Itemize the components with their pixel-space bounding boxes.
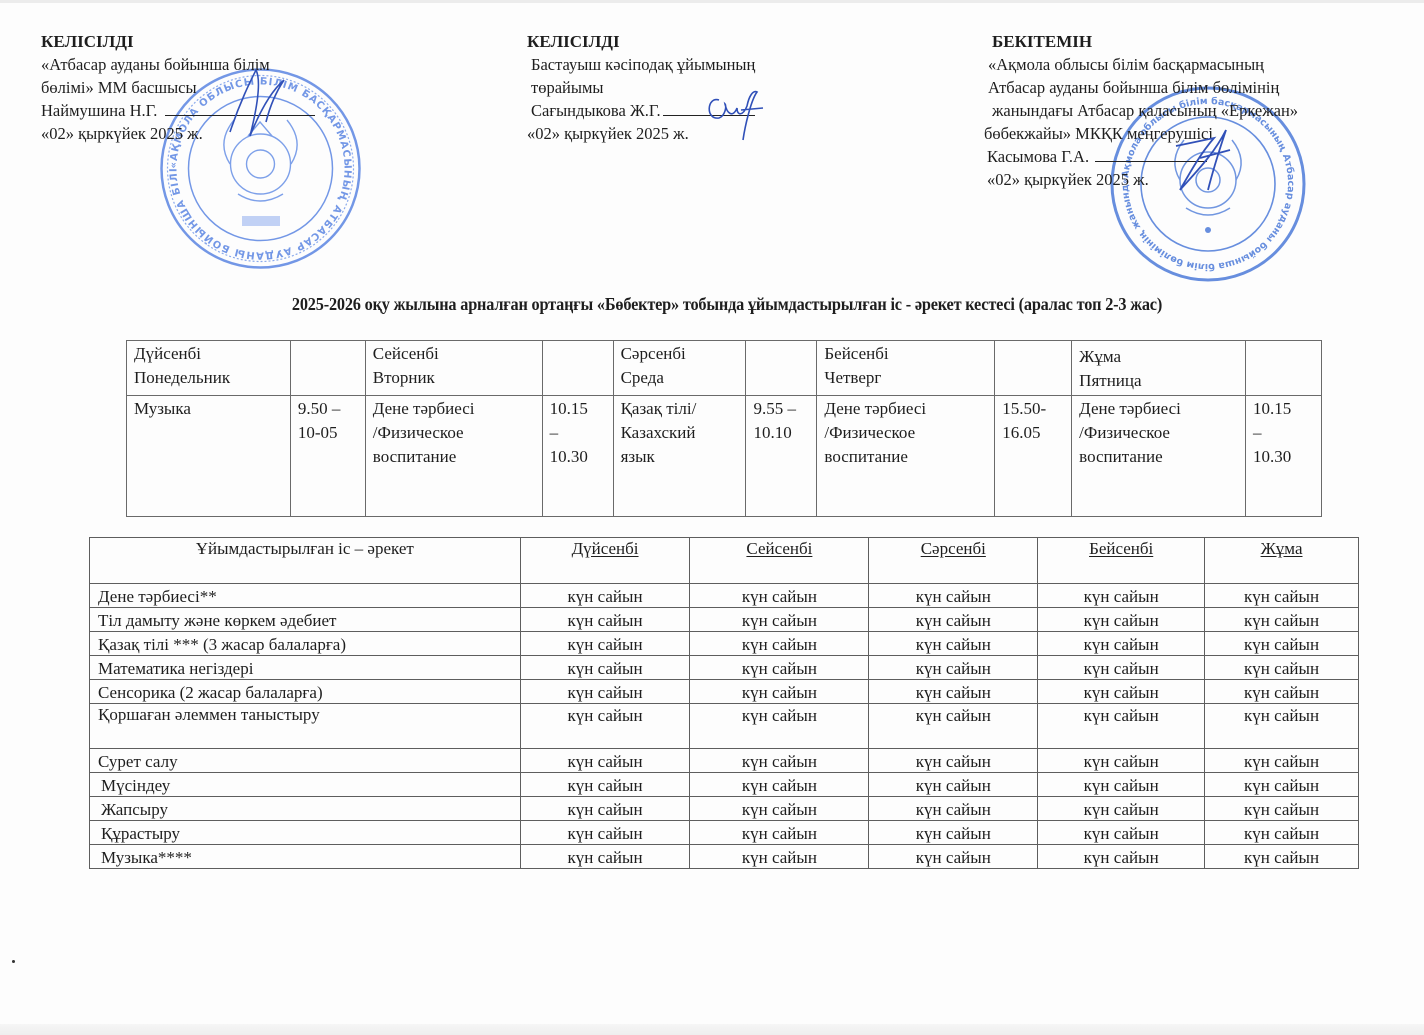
frequency-cell: күн сайын xyxy=(520,773,690,797)
frequency-cell: күн сайын xyxy=(520,656,690,680)
approval-date: «02» қыркүйек 2025 ж. xyxy=(984,168,1298,191)
frequency-cell: күн сайын xyxy=(1038,773,1205,797)
activity-wednesday: Қазақ тілі/Казахскийязык xyxy=(613,396,746,517)
column-header-thursday: Бейсенбі xyxy=(1038,538,1205,584)
signer-name: Наймушина Н.Г. xyxy=(41,101,157,120)
activity-name-cell: Қоршаған әлеммен таныстыру xyxy=(90,704,521,749)
frequency-cell: күн сайын xyxy=(690,821,869,845)
scan-bottom-edge xyxy=(0,1024,1424,1035)
frequency-cell: күн сайын xyxy=(690,749,869,773)
scan-top-edge xyxy=(0,0,1424,3)
frequency-cell: күн сайын xyxy=(869,632,1038,656)
column-header-activity: Ұйымдастырылған іс – әрекет xyxy=(90,538,521,584)
table-row: Тіл дамыту және көркем әдебиеткүн сайынк… xyxy=(90,608,1359,632)
frequency-cell: күн сайын xyxy=(520,584,690,608)
frequency-cell: күн сайын xyxy=(869,704,1038,749)
table-row: Музыка****күн сайынкүн сайынкүн сайынкүн… xyxy=(90,845,1359,869)
table-row: Мүсіндеукүн сайынкүн сайынкүн сайынкүн с… xyxy=(90,773,1359,797)
frequency-cell: күн сайын xyxy=(1038,608,1205,632)
frequency-cell: күн сайын xyxy=(1038,821,1205,845)
frequency-cell: күн сайын xyxy=(1038,749,1205,773)
frequency-cell: күн сайын xyxy=(1038,704,1205,749)
scan-dot xyxy=(12,960,15,963)
frequency-cell: күн сайын xyxy=(1038,656,1205,680)
document-title: 2025-2026 оқу жылына арналған ортаңғы «Б… xyxy=(51,294,1403,315)
frequency-cell: күн сайын xyxy=(1205,704,1359,749)
frequency-cell: күн сайын xyxy=(869,656,1038,680)
frequency-cell: күн сайын xyxy=(1205,608,1359,632)
frequency-cell: күн сайын xyxy=(1038,632,1205,656)
activity-monday: Музыка xyxy=(127,396,291,517)
activity-tuesday: Дене тәрбиесі/Физическоевоспитание xyxy=(365,396,542,517)
frequency-cell: күн сайын xyxy=(1205,821,1359,845)
time-wednesday: 9.55 –10.10 xyxy=(746,396,817,517)
signature-middle xyxy=(703,86,773,142)
frequency-cell: күн сайын xyxy=(1205,749,1359,773)
time-friday: 10.15–10.30 xyxy=(1246,396,1322,517)
frequency-cell: күн сайын xyxy=(1038,584,1205,608)
table-row: Дене тәрбиесі**күн сайынкүн сайынкүн сай… xyxy=(90,584,1359,608)
signer-name: Касымова Г.А. xyxy=(987,147,1089,166)
day-header-wednesday: СәрсенбіСреда xyxy=(613,341,746,396)
frequency-cell: күн сайын xyxy=(690,797,869,821)
frequency-cell: күн сайын xyxy=(520,632,690,656)
activity-name-cell: Математика негіздері xyxy=(90,656,521,680)
frequency-cell: күн сайын xyxy=(520,845,690,869)
signature-right xyxy=(1170,124,1250,194)
approval-heading: БЕКІТЕМІН xyxy=(984,30,1298,53)
frequency-cell: күн сайын xyxy=(1038,680,1205,704)
schedule-body-row: Музыка 9.50 –10-05 Дене тәрбиесі/Физичес… xyxy=(127,396,1322,517)
frequency-cell: күн сайын xyxy=(690,773,869,797)
frequency-cell: күн сайын xyxy=(869,797,1038,821)
activity-name-cell: Сурет салу xyxy=(90,749,521,773)
signer-name: Сағындыкова Ж.Г. xyxy=(531,101,661,120)
column-header-monday: Дүйсенбі xyxy=(520,538,690,584)
frequency-cell: күн сайын xyxy=(869,845,1038,869)
frequency-cell: күн сайын xyxy=(1205,632,1359,656)
frequency-cell: күн сайын xyxy=(1205,845,1359,869)
time-tuesday: 10.15–10.30 xyxy=(542,396,613,517)
day-header-monday: ДүйсенбіПонедельник xyxy=(127,341,291,396)
frequency-cell: күн сайын xyxy=(690,656,869,680)
frequency-cell: күн сайын xyxy=(520,749,690,773)
approval-line: «Ақмола облысы білім басқармасының xyxy=(984,53,1298,76)
approval-line: бөбекжайы» МКҚК меңгерушісі xyxy=(984,122,1298,145)
frequency-cell: күн сайын xyxy=(869,749,1038,773)
frequency-cell: күн сайын xyxy=(869,773,1038,797)
weekly-schedule-table: ДүйсенбіПонедельник СейсенбіВторник Сәрс… xyxy=(126,340,1322,517)
time-header-empty xyxy=(290,341,365,396)
activity-name-cell: Дене тәрбиесі** xyxy=(90,584,521,608)
approval-line: жанындағы Атбасар қаласының «Еркежан» xyxy=(984,99,1298,122)
approval-heading: КЕЛІСІЛДІ xyxy=(41,30,315,53)
time-thursday: 15.50-16.05 xyxy=(995,396,1072,517)
approval-line: Бастауыш кәсіподақ ұйымының xyxy=(527,53,755,76)
time-monday: 9.50 –10-05 xyxy=(290,396,365,517)
frequency-cell: күн сайын xyxy=(520,821,690,845)
frequency-cell: күн сайын xyxy=(690,632,869,656)
activity-name-cell: Тіл дамыту және көркем әдебиет xyxy=(90,608,521,632)
approval-line: Атбасар ауданы бойынша білім бөлімінің xyxy=(984,76,1298,99)
column-header-tuesday: Сейсенбі xyxy=(690,538,869,584)
table-row: Сурет салукүн сайынкүн сайынкүн сайынкүн… xyxy=(90,749,1359,773)
frequency-cell: күн сайын xyxy=(1205,584,1359,608)
table-row: Математика негіздерікүн сайынкүн сайынкү… xyxy=(90,656,1359,680)
frequency-header-row: Ұйымдастырылған іс – әрекет Дүйсенбі Сей… xyxy=(90,538,1359,584)
frequency-cell: күн сайын xyxy=(520,680,690,704)
table-row: Қазақ тілі *** (3 жасар балаларға)күн са… xyxy=(90,632,1359,656)
time-header-empty xyxy=(746,341,817,396)
activity-name-cell: Сенсорика (2 жасар балаларға) xyxy=(90,680,521,704)
day-header-friday: ЖұмаПятница xyxy=(1072,341,1246,396)
activity-name-cell: Қазақ тілі *** (3 жасар балаларға) xyxy=(90,632,521,656)
table-row: Жапсырукүн сайынкүн сайынкүн сайынкүн са… xyxy=(90,797,1359,821)
frequency-cell: күн сайын xyxy=(1038,797,1205,821)
activity-frequency-table: Ұйымдастырылған іс – әрекет Дүйсенбі Сей… xyxy=(89,537,1359,869)
approval-signer: Касымова Г.А. xyxy=(984,145,1298,168)
approval-heading: КЕЛІСІЛДІ xyxy=(527,30,755,53)
frequency-cell: күн сайын xyxy=(520,608,690,632)
activity-name-cell: Жапсыру xyxy=(90,797,521,821)
day-header-thursday: БейсенбіЧетверг xyxy=(817,341,995,396)
frequency-cell: күн сайын xyxy=(690,845,869,869)
frequency-cell: күн сайын xyxy=(690,608,869,632)
column-header-wednesday: Сәрсенбі xyxy=(869,538,1038,584)
time-header-empty xyxy=(1246,341,1322,396)
table-row: Сенсорика (2 жасар балаларға)күн сайынкү… xyxy=(90,680,1359,704)
frequency-cell: күн сайын xyxy=(1205,773,1359,797)
frequency-cell: күн сайын xyxy=(690,680,869,704)
signature-left xyxy=(226,62,296,142)
activity-name-cell: Құрастыру xyxy=(90,821,521,845)
frequency-cell: күн сайын xyxy=(1038,845,1205,869)
frequency-cell: күн сайын xyxy=(690,704,869,749)
activity-thursday: Дене тәрбиесі/Физическоевоспитание xyxy=(817,396,995,517)
frequency-cell: күн сайын xyxy=(869,821,1038,845)
frequency-cell: күн сайын xyxy=(1205,797,1359,821)
frequency-cell: күн сайын xyxy=(1205,680,1359,704)
approval-block-right: БЕКІТЕМІН «Ақмола облысы білім басқармас… xyxy=(984,30,1298,191)
time-header-empty xyxy=(995,341,1072,396)
table-row: Құрастырукүн сайынкүн сайынкүн сайынкүн … xyxy=(90,821,1359,845)
schedule-header-row: ДүйсенбіПонедельник СейсенбіВторник Сәрс… xyxy=(127,341,1322,396)
activity-name-cell: Мүсіндеу xyxy=(90,773,521,797)
frequency-cell: күн сайын xyxy=(869,584,1038,608)
frequency-cell: күн сайын xyxy=(520,704,690,749)
frequency-cell: күн сайын xyxy=(690,584,869,608)
activity-friday: Дене тәрбиесі/Физическоевоспитание xyxy=(1072,396,1246,517)
day-header-tuesday: СейсенбіВторник xyxy=(365,341,542,396)
time-header-empty xyxy=(542,341,613,396)
activity-name-cell: Музыка**** xyxy=(90,845,521,869)
frequency-cell: күн сайын xyxy=(869,608,1038,632)
table-row: Қоршаған әлеммен таныстырукүн сайынкүн с… xyxy=(90,704,1359,749)
frequency-cell: күн сайын xyxy=(1205,656,1359,680)
frequency-cell: күн сайын xyxy=(869,680,1038,704)
column-header-friday: Жұма xyxy=(1205,538,1359,584)
frequency-cell: күн сайын xyxy=(520,797,690,821)
